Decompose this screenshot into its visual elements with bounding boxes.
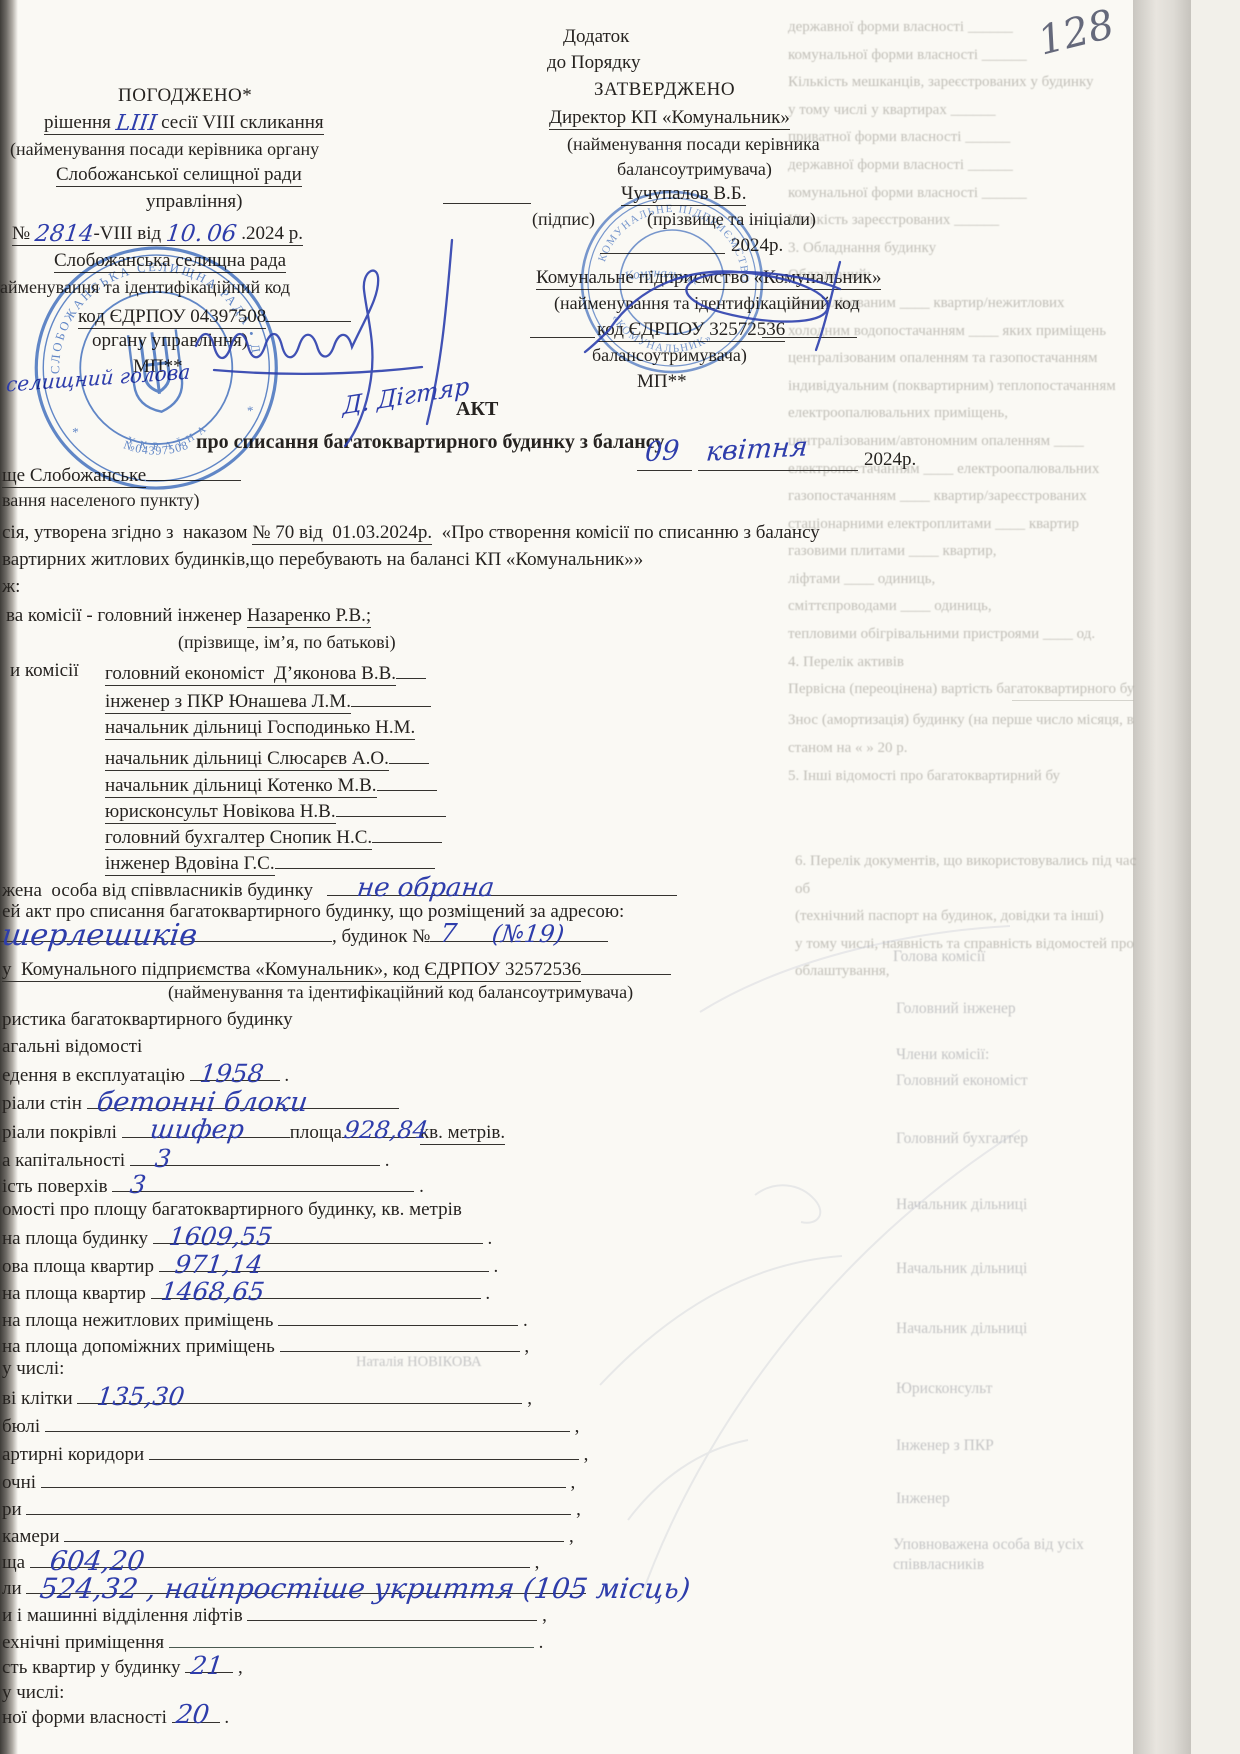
row-label: ві клітки — [2, 1388, 77, 1409]
decision-text: рішення LIII сесії VIII скликання — [44, 112, 324, 135]
director-text: Директор КП «Комунальник» — [549, 107, 790, 130]
authorized-label: жена особа від співвласників будинку — [2, 880, 313, 901]
row-fill — [278, 1306, 518, 1326]
org-label-1: (найменування посади керівника органу — [10, 138, 319, 161]
underline-segment — [275, 849, 435, 869]
bleed-label: Голова комісії — [893, 948, 985, 966]
row-ink: 1609,55 — [167, 1225, 273, 1248]
member-text: головний економіст Д’яконова В.В. — [105, 663, 396, 686]
authorized-fill: не обрана — [327, 876, 677, 896]
decision-number-text: № 2814-VIII від 10. 06 .2024 р. — [12, 223, 303, 246]
area-row: артирні коридори , — [2, 1440, 588, 1466]
scanner-margin — [1191, 0, 1240, 1754]
underline-segment — [377, 771, 437, 791]
row-fill — [45, 1412, 570, 1432]
area-row: камери , — [2, 1522, 574, 1548]
house-label: , будинок № — [332, 926, 430, 947]
balance-holder-text: у Комунального підприємства «Комунальник… — [2, 959, 581, 982]
num-post: .2024 р. — [237, 223, 304, 244]
commission-member: головний економіст Д’яконова В.В. — [105, 659, 426, 685]
walls-line: ріали стін бетонні блоки — [2, 1089, 399, 1115]
bleed-label: Начальник дільниці — [896, 1196, 1027, 1214]
row-label: артирні коридори — [2, 1444, 149, 1465]
row-fill — [247, 1601, 537, 1621]
council-edrpou: код ЄДРПОУ 04397508 — [78, 302, 351, 328]
settlement-text: ще Слобожанське — [2, 465, 146, 488]
act-month-ink: квітня — [705, 431, 809, 468]
row-ink: 20 — [174, 1704, 210, 1727]
underline-segment — [396, 659, 426, 679]
row-fill: 20 — [172, 1703, 220, 1723]
row-fill: 1609,55 — [153, 1224, 483, 1244]
year-ink: 1958 — [198, 1062, 264, 1085]
row-tail: . — [483, 1228, 493, 1249]
decision-line: рішення LIII сесії VIII скликання — [44, 110, 324, 134]
underline-segment — [336, 797, 446, 817]
house-number-fill: 7 — [430, 922, 488, 942]
walls-ink: бетонні блоки — [95, 1091, 308, 1114]
row-fill — [280, 1332, 520, 1352]
capital-label: а капітальності — [2, 1150, 130, 1171]
row-fill — [169, 1628, 534, 1648]
bleed-label: Начальник дільниці — [896, 1320, 1027, 1338]
area-row: ща 604,20 , — [2, 1548, 539, 1574]
bleed-rule — [1012, 700, 1134, 701]
row-tail: . — [220, 1707, 230, 1728]
bleed-label: Начальник дільниці — [896, 1260, 1027, 1278]
commission-intro-3: ж: — [2, 575, 20, 598]
member-text: головний бухгалтер Снопик Н.С. — [105, 827, 372, 850]
decision-number-ink: 2814 — [33, 223, 94, 246]
management-label: органу управління) — [92, 329, 248, 352]
page-edge-shadow — [1133, 0, 1191, 1754]
row-tail: . — [489, 1256, 499, 1277]
area-info-title: омості про площу багатоквартирного будин… — [2, 1198, 462, 1221]
underline-segment — [266, 302, 351, 322]
underline-segment — [530, 337, 595, 338]
commissioning-year-line: едення в експлуатацію 1958 . — [2, 1061, 289, 1087]
commission-member: начальник дільниці Слюсарєв А.О. — [105, 744, 429, 770]
bleed-label: Уповноважена особа від усіх — [893, 1536, 1084, 1554]
commission-member: інженер з ПКР Юнашева Л.М. — [105, 687, 431, 713]
commission-member: начальник дільниці Господинько Н.М. — [105, 716, 415, 739]
order-number: № 70 від 01.03.2024р. — [252, 522, 432, 545]
row-tail: . — [518, 1310, 528, 1331]
row-label: ехнічні приміщення — [2, 1632, 169, 1653]
member-text: начальник дільниці Котенко М.В. — [105, 775, 377, 798]
org-label-2: управління) — [146, 190, 242, 213]
month-ink: 06 — [206, 223, 238, 246]
row-label: бюлі — [2, 1416, 45, 1437]
bleed-label: Інженер з ПКР — [896, 1437, 994, 1455]
underline-segment — [581, 955, 671, 975]
members-label: и комісії — [10, 659, 79, 682]
row-tail: . — [481, 1283, 491, 1304]
area-row: бюлі , — [2, 1412, 579, 1438]
bleed-through-text-top: державної форми власності ______ комунал… — [788, 14, 1140, 704]
council-genitive-text: Слобожанської селищної ради — [56, 164, 302, 187]
area-row: и і машинні відділення ліфтів , — [2, 1601, 547, 1627]
authorized-person-line: жена особа від співвласників будинкуне о… — [2, 876, 677, 902]
director-name: Чучупалов В.Б. — [621, 182, 746, 205]
year-right: 2024р. — [731, 234, 783, 257]
area-row: на площа квартир 1468,65 . — [2, 1279, 490, 1305]
row-label: ли — [2, 1578, 26, 1599]
row-ink: 971,14 — [173, 1253, 263, 1276]
walls-fill: бетонні блоки — [87, 1089, 399, 1109]
bleed-label: Члени комісії: — [896, 1046, 989, 1064]
bleed-label: Головний економіст — [896, 1072, 1028, 1090]
council-genitive: Слобожанської селищної ради — [56, 163, 302, 186]
bleed-label: Інженер — [896, 1490, 950, 1508]
row-tail: , — [564, 1526, 574, 1547]
roof-area-label: площа — [290, 1122, 342, 1143]
area-row: у числі: — [2, 1681, 64, 1704]
row-tail: . — [534, 1632, 544, 1653]
num-mid: -VIII від — [93, 223, 165, 244]
commission-member: головний бухгалтер Снопик Н.С. — [105, 823, 442, 849]
capital-tail: . — [380, 1150, 390, 1171]
director-label-2: балансоутримувача) — [617, 158, 772, 181]
commission-intro-1: сія, утворена згідно з наказом № 70 від … — [2, 521, 820, 544]
row-fill: 1468,65 — [151, 1279, 481, 1299]
row-ink: 524,32 , найпростіше укриття (105 місць) — [39, 1577, 692, 1600]
general-info-title: агальні відомості — [2, 1035, 142, 1058]
member-text: начальник дільниці Господинько Н.М. — [105, 717, 415, 740]
council-label: айменування та ідентифікаційний код — [0, 276, 290, 299]
row-tail: , — [530, 1552, 540, 1573]
row-tail: , — [522, 1388, 532, 1409]
year-label: едення в експлуатацію — [2, 1065, 190, 1086]
row-fill — [26, 1495, 571, 1515]
approved-heading: ЗАТВЕРДЖЕНО — [594, 78, 735, 101]
street-ink: шерлешиків — [1, 924, 199, 947]
signature-line — [443, 203, 531, 204]
commission-member: юрисконсульт Новікова Н.В. — [105, 797, 446, 823]
characteristics-title: ристика багатоквартирного будинку — [2, 1008, 293, 1031]
roof-line: ріали покрівлі шиферплоща928,84кв. метрі… — [2, 1118, 505, 1144]
floors-ink: 3 — [129, 1173, 148, 1196]
decision-pre: рішення — [44, 112, 116, 133]
walls-label: ріали стін — [2, 1093, 87, 1114]
row-tail: , — [520, 1336, 530, 1357]
roof-fill: шифер — [122, 1118, 290, 1138]
underline-segment — [762, 337, 857, 338]
floors-tail: . — [414, 1176, 424, 1197]
company-label: (найменування та ідентифікаційний код — [554, 292, 860, 315]
settlement-label: вання населеного пункту) — [2, 489, 200, 512]
area-row: ри , — [2, 1495, 581, 1521]
row-label: сть квартир у будинку — [2, 1657, 185, 1678]
day-ink: 10. — [164, 223, 203, 246]
commission-member: інженер Вдовіна Г.С. — [105, 849, 435, 875]
floors-label: ість поверхів — [2, 1176, 112, 1197]
council-edrpou-text: код ЄДРПОУ 04397508 — [78, 306, 266, 329]
date-day-line — [637, 470, 692, 471]
underline-segment — [372, 823, 442, 843]
commission-member: начальник дільниці Котенко М.В. — [105, 771, 437, 797]
intro1-post: «Про створення комісії по списанню з бал… — [432, 522, 820, 543]
roof-ink: шифер — [148, 1119, 245, 1142]
roof-area-fill: 928,84 — [342, 1118, 420, 1138]
head-pre: ва комісії - головний інженер — [6, 605, 247, 626]
area-row: на площа допоміжних приміщень , — [2, 1332, 529, 1358]
num-pre: № — [12, 223, 35, 244]
head-name: Назаренко Р.В.; — [247, 605, 371, 628]
roof-units: кв. метрів. — [420, 1122, 505, 1145]
capital-fill: 3 — [130, 1146, 380, 1166]
council-line: Слобожанська селищна рада — [54, 249, 286, 272]
row-label: на площа будинку — [2, 1228, 153, 1249]
row-ink: 604,20 — [48, 1550, 145, 1573]
row-fill: 135,30 — [77, 1384, 522, 1404]
underline-segment — [351, 687, 431, 707]
decision-post: сесії VIII скликання — [156, 112, 323, 133]
row-tail: , — [537, 1605, 547, 1626]
row-label: и і машинні відділення ліфтів — [2, 1605, 247, 1626]
act-title: АКТ — [456, 398, 498, 421]
member-text: інженер Вдовіна Г.С. — [105, 853, 275, 876]
balance-holder-line: у Комунального підприємства «Комунальник… — [2, 955, 671, 981]
row-fill: 604,20 — [30, 1548, 530, 1568]
house-number-ink: 7 — [439, 923, 458, 946]
bleed-label: Юрисконсульт — [896, 1380, 992, 1398]
row-tail: , — [233, 1657, 243, 1678]
roof-area-ink: 928,84 — [342, 1119, 429, 1142]
date-line — [600, 253, 725, 254]
director-label-1: (найменування посади керівника — [567, 133, 820, 156]
act-subtitle: про списання багатоквартирного будинку з… — [196, 431, 664, 454]
row-label: на площа нежитлових приміщень — [2, 1310, 278, 1331]
act-year: 2024р. — [864, 448, 916, 471]
row-tail: , — [570, 1416, 580, 1437]
bleed-label: Головний бухгалтер — [896, 1130, 1028, 1148]
row-label: камери — [2, 1526, 64, 1547]
row-fill — [149, 1440, 579, 1460]
area-row: ехнічні приміщення . — [2, 1628, 543, 1654]
intro1-pre: сія, утворена згідно з наказом — [2, 522, 252, 543]
area-row: на площа нежитлових приміщень . — [2, 1306, 528, 1332]
commission-head: ва комісії - головний інженер Назаренко … — [6, 604, 371, 627]
row-fill: 21 — [185, 1653, 233, 1673]
corpus-ink: (№19) — [491, 923, 566, 946]
row-label: ова площа квартир — [2, 1256, 159, 1277]
area-row: ова площа квартир 971,14 . — [2, 1252, 498, 1278]
company-line: Комунальне підприємство «Комунальник» — [536, 266, 881, 289]
head-label: (прізвище, ім’я, по батькові) — [178, 631, 396, 654]
street-fill: шерлешиків — [0, 922, 332, 942]
corpus-fill: (№19) — [488, 922, 608, 942]
council-text: Слобожанська селищна рада — [54, 250, 286, 273]
session-number-ink: LIII — [114, 112, 158, 135]
authorized-ink: не обрана — [356, 877, 496, 900]
row-label: на площа допоміжних приміщень — [2, 1336, 280, 1357]
balance-holder-label: (найменування та ідентифікаційний код ба… — [168, 981, 633, 1004]
bleed-label: Головний інженер — [896, 1000, 1016, 1018]
underline-segment — [389, 744, 429, 764]
annex-line-1: Додаток — [563, 25, 629, 48]
commission-intro-2: вартирних житлових будинків,що перебуваю… — [2, 548, 643, 571]
row-label: на площа квартир — [2, 1283, 151, 1304]
row-fill: 971,14 — [159, 1252, 489, 1272]
director-name-text: Чучупалов В.Б. — [621, 183, 746, 206]
name-label: (прізвище та ініціали) — [647, 208, 816, 231]
row-ink: 135,30 — [96, 1385, 186, 1408]
company-text: Комунальне підприємство «Комунальник» — [536, 267, 881, 290]
underline-segment — [146, 461, 241, 481]
roof-label: ріали покрівлі — [2, 1122, 122, 1143]
area-row: очні , — [2, 1468, 575, 1494]
floors-line: ість поверхів 3 . — [2, 1172, 424, 1198]
row-label: ної форми власності — [2, 1707, 172, 1728]
row-fill — [41, 1468, 566, 1488]
bleed-through-text-mid: Знос (амортизація) будинку (на перше чис… — [788, 706, 1140, 790]
mp-right: МП** — [637, 370, 687, 393]
floors-fill: 3 — [112, 1172, 414, 1192]
holder-label: балансоутримувача) — [592, 344, 747, 367]
row-fill: 524,32 , найпростіше укриття (105 місць) — [26, 1574, 586, 1594]
scanned-act-document: { "page": { "number": "128" }, "header_l… — [0, 0, 1240, 1754]
area-row: сть квартир у будинку 21 , — [2, 1653, 243, 1679]
annex-line-2: до Порядку — [547, 51, 641, 74]
date-month-line — [698, 470, 858, 471]
director-line: Директор КП «Комунальник» — [549, 106, 790, 129]
capital-class-line: а капітальності 3 . — [2, 1146, 389, 1172]
area-row: ві клітки 135,30 , — [2, 1384, 532, 1410]
settlement-line: ще Слобожанське — [2, 461, 241, 487]
sign-label: (підпис) — [532, 208, 595, 231]
capital-ink: 3 — [154, 1147, 173, 1170]
member-text: юрисконсульт Новікова Н.В. — [105, 801, 336, 824]
year-fill: 1958 — [190, 1061, 280, 1081]
decision-number-line: № 2814-VIII від 10. 06 .2024 р. — [12, 221, 303, 245]
row-label: ща — [2, 1552, 30, 1573]
row-tail: , — [579, 1444, 589, 1465]
area-row: ної форми власності 20 . — [2, 1703, 229, 1729]
bleed-label: співвласників — [893, 1556, 984, 1574]
agreed-heading: ПОГОДЖЕНО* — [118, 84, 252, 107]
member-text: начальник дільниці Слюсарєв А.О. — [105, 748, 389, 771]
area-row: на площа будинку 1609,55 . — [2, 1224, 492, 1250]
address-line: шерлешиків, будинок №7(№19) — [0, 922, 608, 948]
row-label: очні — [2, 1472, 41, 1493]
row-tail: , — [566, 1472, 576, 1493]
area-row: ли 524,32 , найпростіше укриття (105 міс… — [2, 1574, 586, 1600]
company-edrpou: код ЄДРПОУ 32572536 — [597, 318, 785, 341]
year-tail: . — [280, 1065, 290, 1086]
company-edrpou-text: код ЄДРПОУ 32572536 — [597, 319, 785, 342]
member-text: інженер з ПКР Юнашева Л.М. — [105, 691, 351, 714]
act-day-ink: 09 — [644, 435, 680, 469]
row-ink: 1468,65 — [159, 1280, 265, 1303]
row-ink: 21 — [190, 1654, 225, 1677]
row-label: ри — [2, 1499, 26, 1520]
row-fill — [64, 1522, 564, 1542]
area-row: у числі: — [2, 1357, 64, 1380]
row-tail: , — [571, 1499, 581, 1520]
